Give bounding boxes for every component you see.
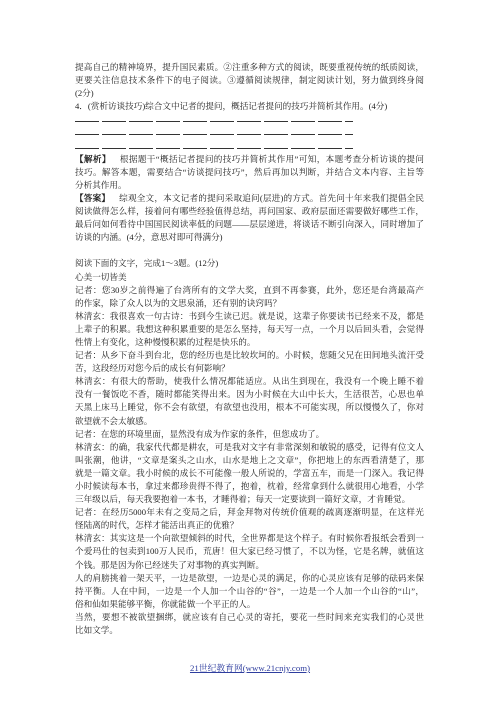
text-line: 记者：从乡下奋斗到台北，您的经历也是比较坎坷的。小时候，您随父兄在田间地头流汗受 [75,349,424,362]
analysis-section: 【解析】根据题干“概括记者提问的技巧并简析其作用”可知，本题考查分析访谈的提问 … [75,153,424,192]
text-line: 俗和仙如果能够平衡，你就能做一个平正的人。 [75,598,424,611]
page-footer: 21世纪教育网(www.21cnjy.com) [0,658,500,676]
paragraph-reporter-q4: 记者：在经历5000年未有之变局之后，拜金拜物对传统价值观的疏离逐渐明显，在这样… [75,506,424,532]
text-line: 小时候读每本书，拿过来都珍贵得不得了，抱着，枕着，经常拿到什么就很用心地看，小学 [75,480,424,493]
text-line: 林清玄：有很大的帮助，使我什么情况都能适应。从出生到现在，我没有一个晚上睡不着觉… [75,375,424,388]
reading-title: 心美一切皆美 [75,271,424,284]
text-line: 天黑上床马上睡觉，你不会有欲望，有欲望也没用，根本不可能实现，所以慢慢久了，你对 [75,401,424,414]
text-line: 苦，这段经历对您今后的成长有何影响？ [75,362,424,375]
text-line: 个爱玛仕的包卖到100万人民币，荒唐！但大家已经习惯了，不以为怪，它是名牌，就值… [75,545,424,558]
text-line: 阅读做得怎么样，接着问有哪些经验值得总结，再问国家、政府层面还需要做好哪些工作， [75,205,424,218]
text-line: 三年级以后，每天我要抱着一本书，才睡得着；每天一定要读到一篇好文章，才肯睡觉。 [75,493,424,506]
text-line: 记者：在您的环境里面，显然没有成为作家的条件，但您成功了。 [75,428,424,441]
paragraph-lin-a3: 林清玄：的确，我家代代都是耕农，可是我对文字有非常深刻和敏锐的感受，记得有位文人… [75,441,424,506]
text-line: 记者：在经历5000年未有之变局之后，拜金拜物对传统价值观的疏离逐渐明显，在这样… [75,506,424,519]
text-line: 没有一餐饭吃不香，随时都能笑得出来。因为小时候在大山中长大，生活很苦，心思也单纯… [75,388,424,401]
text-line: 技巧。解答本题，需要结合“访谈提问技巧”，然后再加以判断，并结合文本内容、主旨等 [75,166,424,179]
spacer [75,244,424,257]
document-page: 提高自己的精神境界，提升国民素质。②注重多种方式的阅读，既要重视传统的纸质阅读，… [75,61,424,637]
text-line: 提高自己的精神境界，提升国民素质。②注重多种方式的阅读，既要重视传统的纸质阅读， [75,61,424,74]
paragraph-lin-a4: 林清玄：其实这是一个向欲望倾斜的时代，全世界都是这个样子。有时候你看报纸会看到一… [75,532,424,571]
answer-blank-line [75,126,424,139]
answer-section: 【答案】综观全文，本文记者的提问采取追问(层进)的方式。首先问十年来我们提倡全民… [75,192,424,244]
paragraph-literature: 当然，要想不被欲望捆绑，就应该有自己心灵的寄托，要花一些时间来充实我们的心灵世界… [75,611,424,637]
analysis-text: 根据题干“概括记者提问的技巧并简析其作用”可知，本题考查分析访谈的提问 [120,154,424,164]
text-line: 就是一篇文章。我小时候的成长不可能像一般人所说的，学富五车，而是一门深入。我记得 [75,467,424,480]
answer-blank-line [75,113,424,126]
text-line: 性情上有变化，这种慢慢积累的过程是快乐的。 [75,336,424,349]
analysis-label: 【解析】 [75,154,111,164]
text-line: 记者：您30岁之前得遍了台湾所有的文学大奖，直到不再参赛，此外，您还是台湾最高产 [75,284,424,297]
reading-instruction: 阅读下面的文字，完成1～3题。(12分) [75,257,424,270]
text-line: 林清玄：其实这是一个向欲望倾斜的时代，全世界都是这个样子。有时候你看报纸会看到一 [75,532,424,545]
text-line: 持平衡。人在中间，一边是一个人加一个山谷的“谷”，一边是一个人加一个山谷的“山”… [75,585,424,598]
text-line: 欲望就不会太敏感。 [75,415,424,428]
question-4: 4．(赏析访谈技巧)综合文中记者的提问，概括记者提问的技巧并简析其作用。(4分) [75,100,424,113]
text-line: 比如文学。 [75,624,424,637]
paragraph-reporter-q3: 记者：在您的环境里面，显然没有成为作家的条件，但您成功了。 [75,428,424,441]
text-line: 叫张潮，他讲，“文章是案头之山水，山水是地上之文章”，你把地上的东西看清楚了，那 [75,454,424,467]
text-line: 的作家，除了众人以为的文思泉涌，还有别的诀窍吗？ [75,297,424,310]
text-line: 林清玄：我很喜欢一句古诗：书到今生读已迟。就是说，这辈子你要读书已经来不及，都是 [75,310,424,323]
paragraph-lin-a2: 林清玄：有很大的帮助，使我什么情况都能适应。从出生到现在，我没有一个晚上睡不着觉… [75,375,424,427]
paragraph-balance: 人的肩膀挑着一架天平，一边是欲望，一边是心灵的满足，你的心灵应该有足够的砝码来保… [75,572,424,611]
text-line: 访谈的内涵。(4分，意思对即可得满分) [75,231,424,244]
answer-label: 【答案】 [75,193,110,203]
text-line: 怪陆离的时代，怎样才能活出真正的优雅？ [75,519,424,532]
text-line: 人的肩膀挑着一架天平，一边是欲望，一边是心灵的满足，你的心灵应该有足够的砝码来保 [75,572,424,585]
text-line: 林清玄：的确，我家代代都是耕农，可是我对文字有非常深刻和敏锐的感受，记得有位文人 [75,441,424,454]
reading-section: 阅读下面的文字，完成1～3题。(12分) 心美一切皆美 记者：您30岁之前得遍了… [75,257,424,637]
text-line: 更要关注信息技术条件下的电子阅读。③遵循阅读规律，制定阅读计划，努力做到终身阅读… [75,74,424,87]
paragraph-lin-a1: 林清玄：我很喜欢一句古诗：书到今生读已迟。就是说，这辈子你要读书已经来不及，都是… [75,310,424,349]
text-line: 【解析】根据题干“概括记者提问的技巧并简析其作用”可知，本题考查分析访谈的提问 [75,153,424,166]
footer-site-link[interactable]: 21世纪教育网(www.21cnjy.com) [190,663,310,673]
text-line: 个钱。那是因为你已经迷失了对事物的真实判断。 [75,559,424,572]
text-line: 【答案】综观全文，本文记者的提问采取追问(层进)的方式。首先问十年来我们提倡全民 [75,192,424,205]
paragraph-reporter-q2: 记者：从乡下奋斗到台北，您的经历也是比较坎坷的。小时候，您随父兄在田间地头流汗受… [75,349,424,375]
paragraph-reporter-q1: 记者：您30岁之前得遍了台湾所有的文学大奖，直到不再参赛，此外，您还是台湾最高产… [75,284,424,310]
text-line: 当然，要想不被欲望捆绑，就应该有自己心灵的寄托，要花一些时间来充实我们的心灵世界… [75,611,424,624]
text-line: 上辈子的积累。我想这种积累重要的是怎么坚持，每天写一点，一个月以后回头看，会觉得 [75,323,424,336]
score-note: (2分) [75,87,424,100]
answer-text: 综观全文，本文记者的提问采取追问(层进)的方式。首先问十年来我们提倡全民 [119,193,424,203]
text-line: 分析其作用。 [75,179,424,192]
answer-blank-line [75,140,424,153]
text-line: 最后问如何看待中国国民阅读率低的问题——层层递进，将谈话不断引向深入，同时增加了 [75,218,424,231]
previous-answer-continuation: 提高自己的精神境界，提升国民素质。②注重多种方式的阅读，既要重视传统的纸质阅读，… [75,61,424,100]
